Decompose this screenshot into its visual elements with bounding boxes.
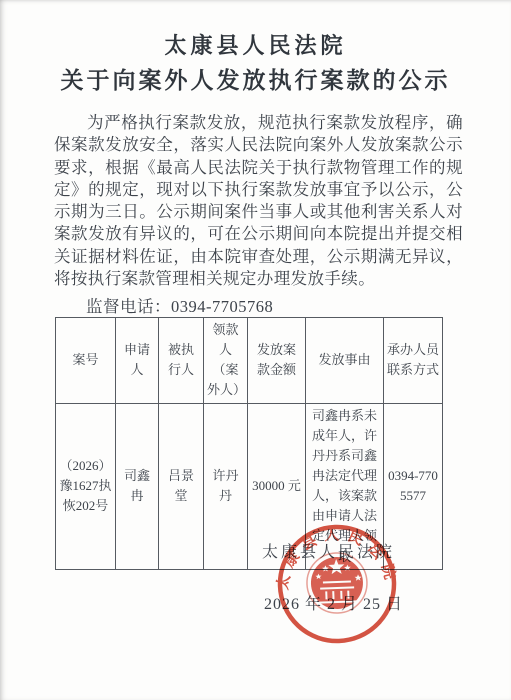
court-name-title: 太康县人民法院	[0, 29, 511, 60]
cell-executee: 吕景堂	[159, 403, 204, 569]
signature-date: 2026 年 2 月 25 日	[264, 591, 403, 614]
header-applicant: 申请人	[116, 318, 159, 404]
notice-body-paragraph: 为严格执行案款发放，规范执行案款发放程序，确保案款发放安全，落实人民法院向案外人…	[54, 112, 463, 290]
header-reason: 发放事由	[306, 318, 384, 404]
notice-title: 关于向案外人发放执行案款的公示	[0, 62, 511, 95]
cell-applicant: 司鑫冉	[116, 403, 159, 569]
table-header-row: 案号 申请人 被执行人 领款人（案外人） 发放案款金额 发放事由 承办人员联系方…	[56, 318, 443, 404]
header-amount: 发放案款金额	[248, 318, 306, 404]
header-case-number: 案号	[56, 318, 116, 404]
supervision-phone-number: 0394-7705768	[171, 297, 273, 316]
supervision-phone-line: 监督电话：0394-7705768	[86, 293, 273, 317]
public-notice-document: 太康县人民法院 关于向案外人发放执行案款的公示 为严格执行案款发放，规范执行案款…	[0, 0, 511, 700]
cell-payee: 许丹丹	[204, 403, 248, 569]
header-contact: 承办人员联系方式	[384, 318, 443, 404]
cell-case-number: （2026）豫1627执恢202号	[56, 403, 116, 569]
signature-court-name: 太康县人民法院	[262, 539, 395, 562]
header-executee: 被执行人	[159, 318, 204, 404]
header-payee: 领款人（案外人）	[204, 318, 248, 404]
case-payment-table: 案号 申请人 被执行人 领款人（案外人） 发放案款金额 发放事由 承办人员联系方…	[55, 317, 443, 570]
supervision-phone-label: 监督电话：	[86, 297, 171, 316]
